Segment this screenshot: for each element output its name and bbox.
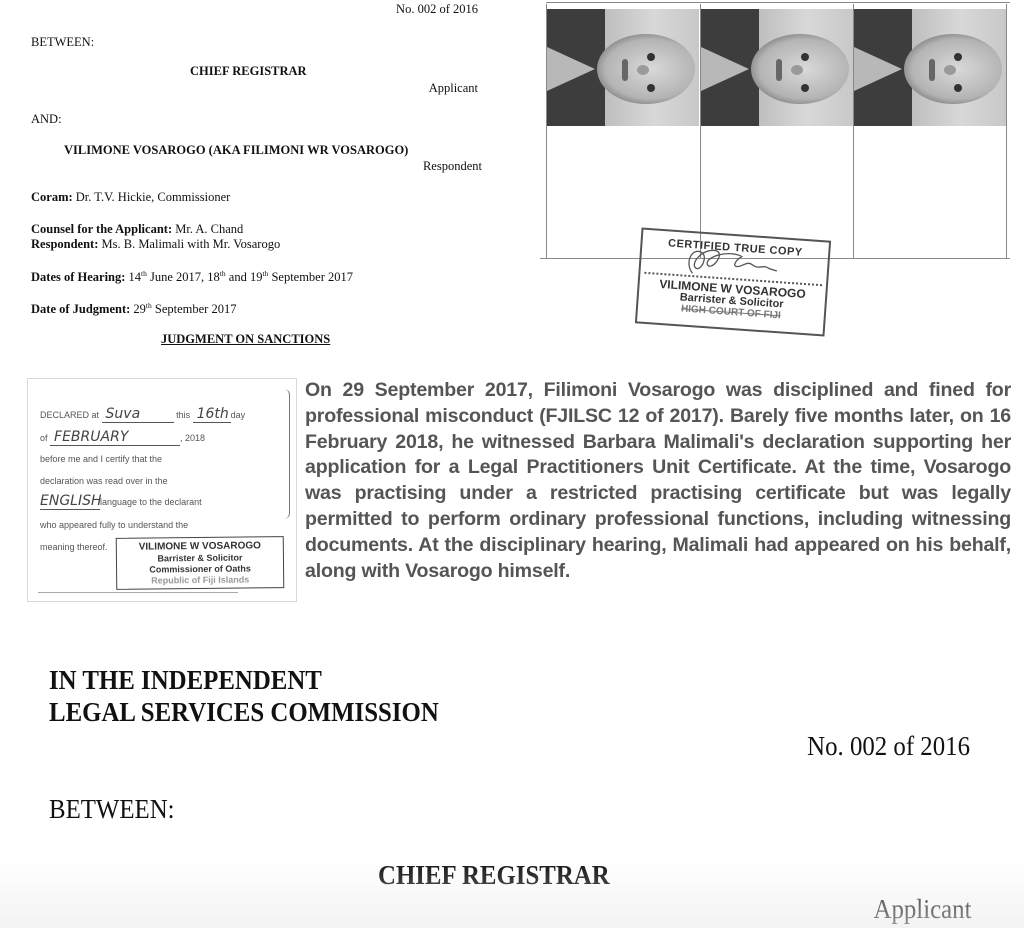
counsel-applicant-value: Mr. A. Chand <box>172 222 243 236</box>
declaration-excerpt: DECLARED at Suva this 16thday of FEBRUAR… <box>27 378 297 602</box>
grid-border <box>546 2 1010 3</box>
handwritten-day: 16th <box>193 406 231 423</box>
hearing-text: June 2017, 18 <box>147 270 220 284</box>
hearing-text: September 2017 <box>268 270 353 284</box>
respondent-role: Respondent <box>423 160 482 173</box>
passport-photo-icon <box>547 9 699 126</box>
commission-title-line2: LEGAL SERVICES COMMISSION <box>49 699 439 726</box>
handwritten-place: Suva <box>102 406 174 423</box>
case-number: No. 002 of 2016 <box>396 3 478 16</box>
coram-line: Coram: Dr. T.V. Hickie, Commissioner <box>31 191 230 204</box>
declaration-text: of <box>40 433 48 443</box>
certified-true-copy-stamp: CERTIFIED TRUE COPY VILIMONE W VOSAROGO … <box>635 227 831 336</box>
case-number: No. 002 of 2016 <box>807 733 970 760</box>
counsel-applicant-label: Counsel for the Applicant: <box>31 222 172 236</box>
hearing-label: Dates of Hearing: <box>31 270 125 284</box>
hearing-text: 14 <box>125 270 141 284</box>
declaration-text: this <box>176 410 190 420</box>
coram-label: Coram: <box>31 190 73 204</box>
declaration-line: before me and I certify that the <box>40 454 162 464</box>
applicant-role: Applicant <box>873 896 971 923</box>
hearing-text: and 19 <box>226 270 263 284</box>
divider <box>38 592 238 593</box>
grid-divider <box>1006 4 1007 259</box>
applicant-name: CHIEF REGISTRAR <box>190 65 307 78</box>
declaration-line: declaration was read over in the <box>40 476 168 486</box>
commissioner-of-oaths-stamp: VILIMONE W VOSAROGO Barrister & Solicito… <box>116 536 285 590</box>
stamp-name: VILIMONE W VOSAROGO <box>117 540 283 554</box>
judgment-date-line: Date of Judgment: 29th September 2017 <box>31 302 236 316</box>
passport-photo-icon <box>701 9 853 126</box>
declaration-text: day <box>231 410 246 420</box>
declaration-line: ENGLISHlanguage to the declarant <box>40 493 202 510</box>
counsel-respondent-label: Respondent: <box>31 237 98 251</box>
counsel-respondent-value: Ms. B. Malimali with Mr. Vosarogo <box>98 237 280 251</box>
judgment-title: JUDGMENT ON SANCTIONS <box>161 333 330 346</box>
declaration-line: DECLARED at Suva this 16thday <box>40 406 245 423</box>
judgment-date-text: 29 <box>130 302 146 316</box>
brace-mark <box>284 389 290 519</box>
judgment-date-label: Date of Judgment: <box>31 302 130 316</box>
stamp-place: Republic of Fiji Islands <box>117 574 283 587</box>
respondent-name: VILIMONE VOSAROGO (AKA FILIMONI WR VOSAR… <box>64 144 408 157</box>
coram-value: Dr. T.V. Hickie, Commissioner <box>73 190 231 204</box>
declaration-text: , 2018 <box>180 433 205 443</box>
declaration-text: DECLARED at <box>40 410 99 420</box>
counsel-applicant-line: Counsel for the Applicant: Mr. A. Chand <box>31 223 243 236</box>
and-label: AND: <box>31 113 62 126</box>
applicant-name: CHIEF REGISTRAR <box>378 862 610 889</box>
handwritten-month: FEBRUARY <box>50 429 180 446</box>
applicant-role: Applicant <box>429 82 478 95</box>
declaration-line: of FEBRUARY, 2018 <box>40 429 205 446</box>
summary-paragraph: On 29 September 2017, Filimoni Vosarogo … <box>305 378 1011 584</box>
passport-photo-icon <box>854 9 1006 126</box>
passport-photo-grid <box>540 2 1010 260</box>
declaration-text: language to the declarant <box>100 497 202 507</box>
handwritten-language: ENGLISH <box>40 493 100 510</box>
hearing-dates-line: Dates of Hearing: 14th June 2017, 18th a… <box>31 270 353 284</box>
counsel-respondent-line: Respondent: Ms. B. Malimali with Mr. Vos… <box>31 238 280 251</box>
judgment-date-text: September 2017 <box>152 302 237 316</box>
commission-title-line1: IN THE INDEPENDENT <box>49 667 322 694</box>
between-label: BETWEEN: <box>49 796 175 823</box>
declaration-line: who appeared fully to understand the <box>40 520 188 530</box>
declaration-line: meaning thereof. <box>40 542 108 552</box>
between-label: BETWEEN: <box>31 36 94 49</box>
